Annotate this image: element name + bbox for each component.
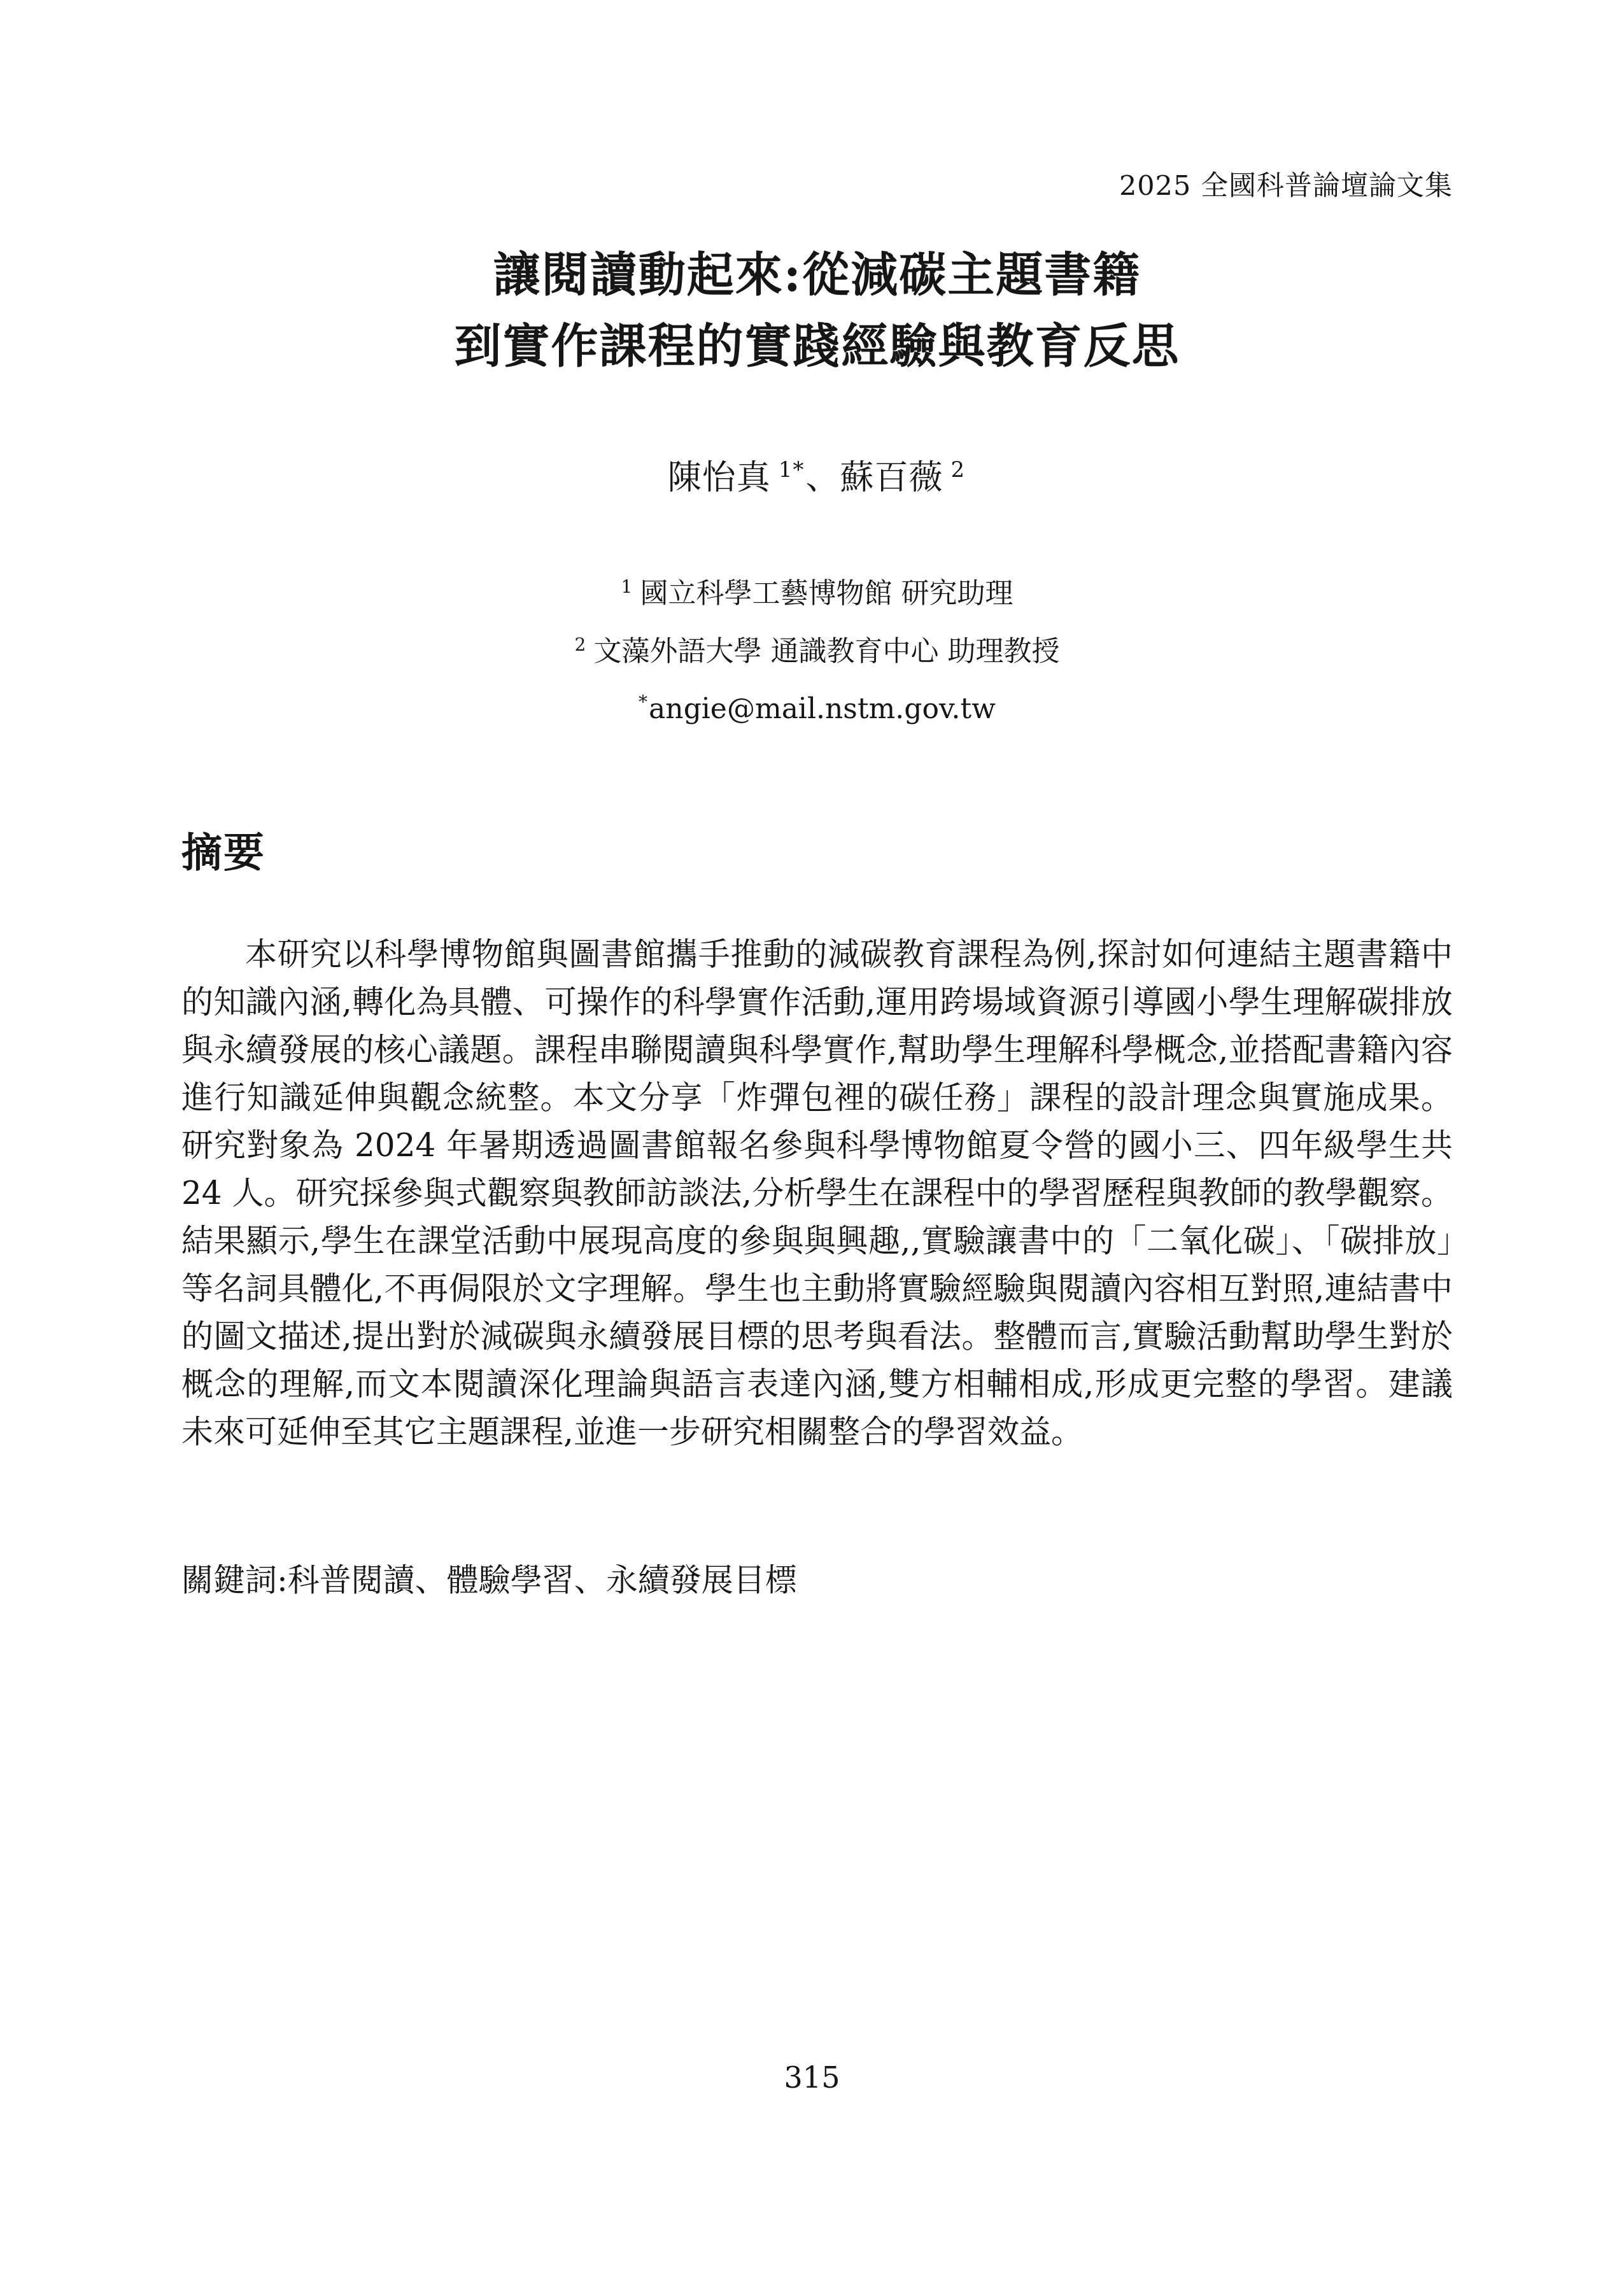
email-superscript: * [639,691,647,712]
affiliations-block: 1國立科學工藝博物館 研究助理 2文藻外語大學 通識教育中心 助理教授 *ang… [181,562,1453,735]
page-number: 315 [0,2060,1624,2095]
affiliation-2-superscript: 2 [575,634,586,655]
paper-title-line2: 到實作課程的實踐經驗與教育反思 [181,311,1453,382]
abstract-heading: 摘要 [181,820,265,879]
affiliation-2: 2文藻外語大學 通識教育中心 助理教授 [181,619,1453,677]
author-1-superscript: 1* [779,457,805,483]
affiliation-1: 1國立科學工藝博物館 研究助理 [181,562,1453,619]
document-page: 2025 全國科普論壇論文集 讓閱讀動起來:從減碳主題書籍 到實作課程的實踐經驗… [0,0,1624,2278]
keywords-label: 關鍵詞: [181,1562,288,1599]
affiliation-1-text: 國立科學工藝博物館 研究助理 [640,577,1013,610]
abstract-paragraph: 本研究以科學博物館與圖書館攜手推動的減碳教育課程為例,探討如何連結主題書籍中的知… [181,931,1453,1456]
affiliation-2-text: 文藻外語大學 通識教育中心 助理教授 [593,635,1059,667]
author-1-name: 陳怡真 [668,458,771,497]
authors-line: 陳怡真1*、蘇百薇2 [181,451,1453,499]
author-separator: 、 [806,458,840,497]
author-2-superscript: 2 [951,457,966,483]
keywords-list: 科普閱讀、體驗學習、永續發展目標 [288,1562,797,1599]
paper-title-line1: 讓閱讀動起來:從減碳主題書籍 [181,239,1453,311]
contact-email-line: *angie@mail.nstm.gov.tw [181,677,1453,735]
keywords-line: 關鍵詞:科普閱讀、體驗學習、永續發展目標 [181,1555,1453,1601]
proceedings-header: 2025 全國科普論壇論文集 [181,164,1453,203]
paper-title: 讓閱讀動起來:從減碳主題書籍 到實作課程的實踐經驗與教育反思 [181,239,1453,382]
affiliation-1-superscript: 1 [621,576,633,597]
author-2-name: 蘇百薇 [840,458,943,497]
email-address: angie@mail.nstm.gov.tw [649,693,996,725]
